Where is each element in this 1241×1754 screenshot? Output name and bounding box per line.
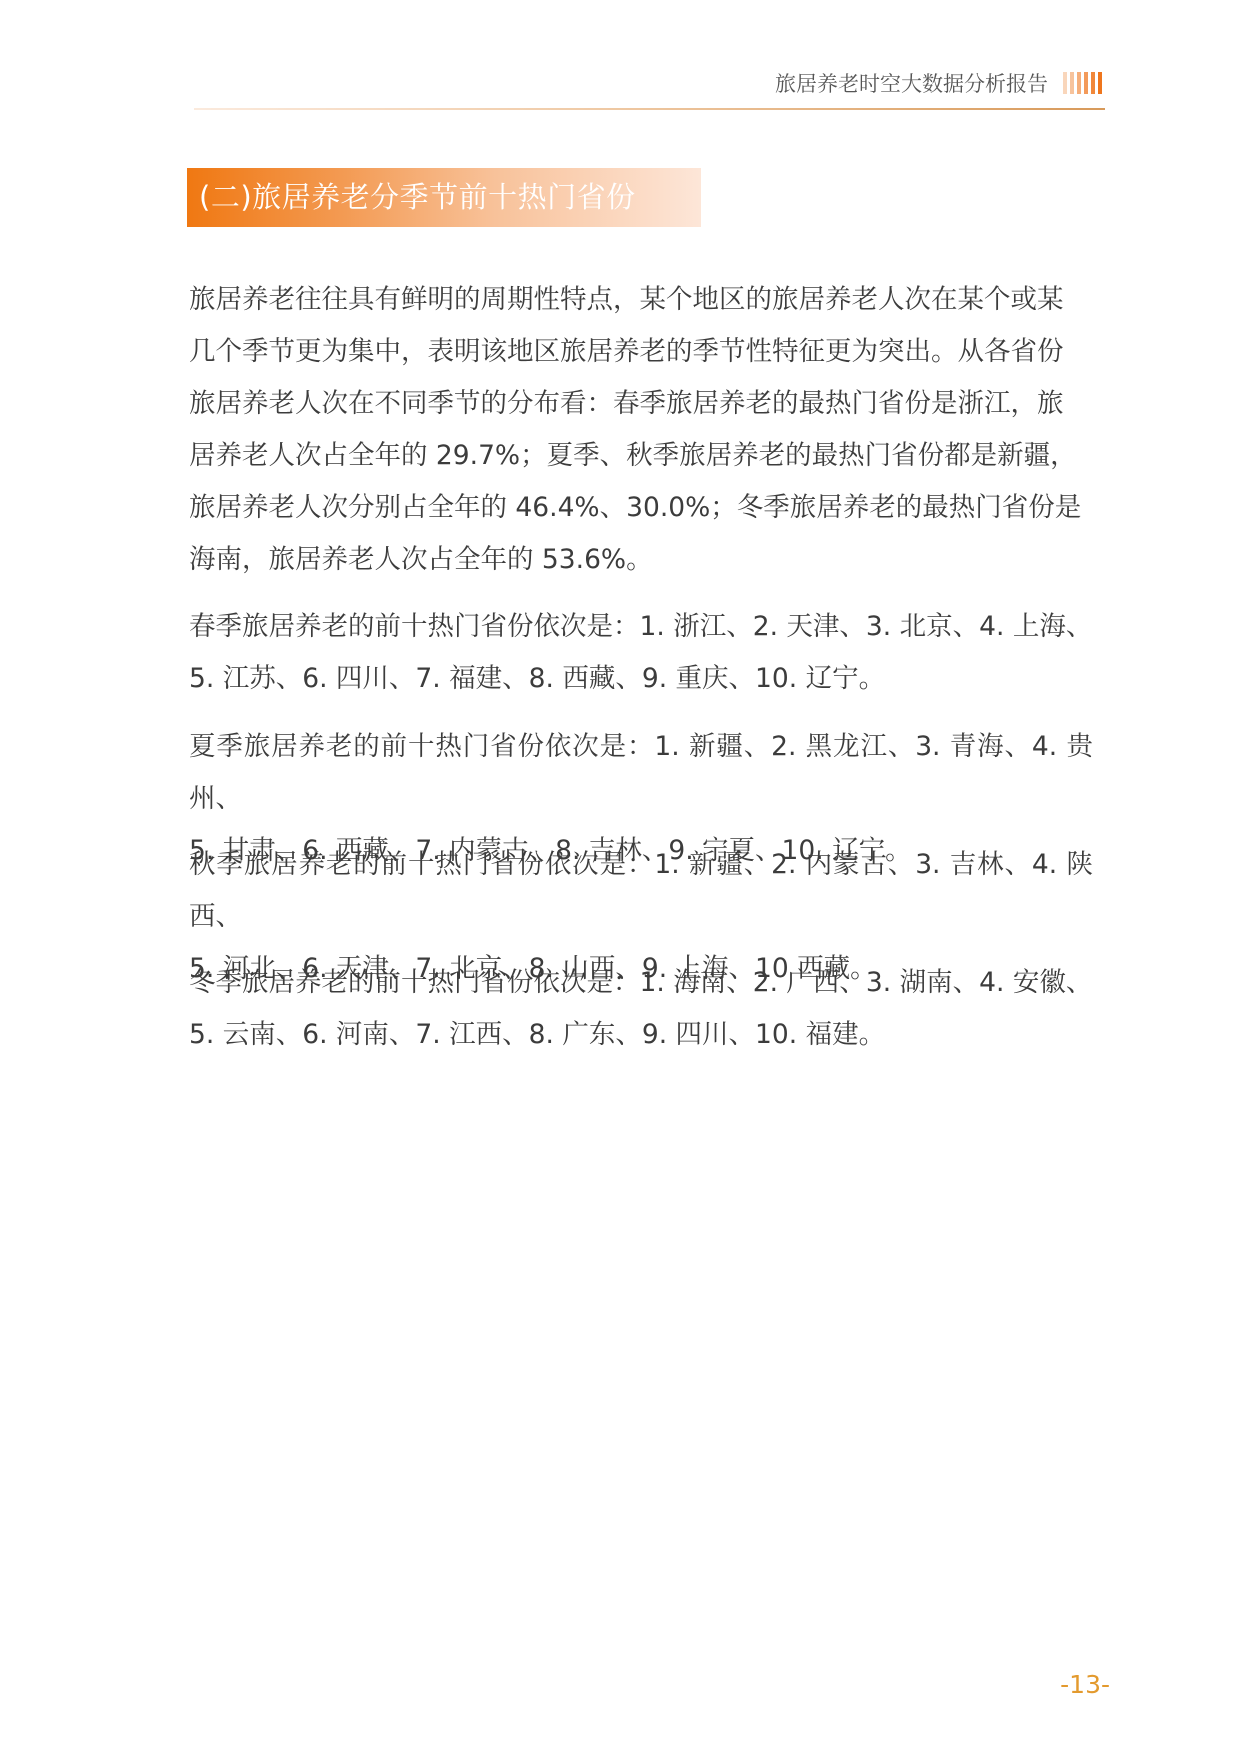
spring-paragraph: 春季旅居养老的前十热门省份依次是：1. 浙江、2. 天津、3. 北京、4. 上海… bbox=[189, 601, 1093, 705]
header-stripes-icon bbox=[1063, 72, 1105, 94]
stripe-3 bbox=[1077, 72, 1081, 94]
section-heading-banner: (二)旅居养老分季节前十热门省份 bbox=[187, 168, 701, 227]
page-number: -13- bbox=[1040, 1670, 1110, 1700]
header-divider bbox=[194, 108, 1105, 110]
stripe-5 bbox=[1091, 72, 1095, 94]
stripe-1 bbox=[1063, 72, 1067, 94]
stripe-6 bbox=[1098, 72, 1102, 94]
stripe-4 bbox=[1084, 72, 1088, 94]
winter-paragraph: 冬季旅居养老的前十热门省份依次是：1. 海南、2. 广西、3. 湖南、4. 安徽… bbox=[189, 957, 1093, 1061]
report-title: 旅居养老时空大数据分析报告 bbox=[770, 70, 1048, 98]
section-title: (二)旅居养老分季节前十热门省份 bbox=[199, 168, 636, 227]
stripe-2 bbox=[1070, 72, 1074, 94]
intro-paragraph: 旅居养老往往具有鲜明的周期性特点，某个地区的旅居养老人次在某个或某 几个季节更为… bbox=[189, 274, 1093, 586]
